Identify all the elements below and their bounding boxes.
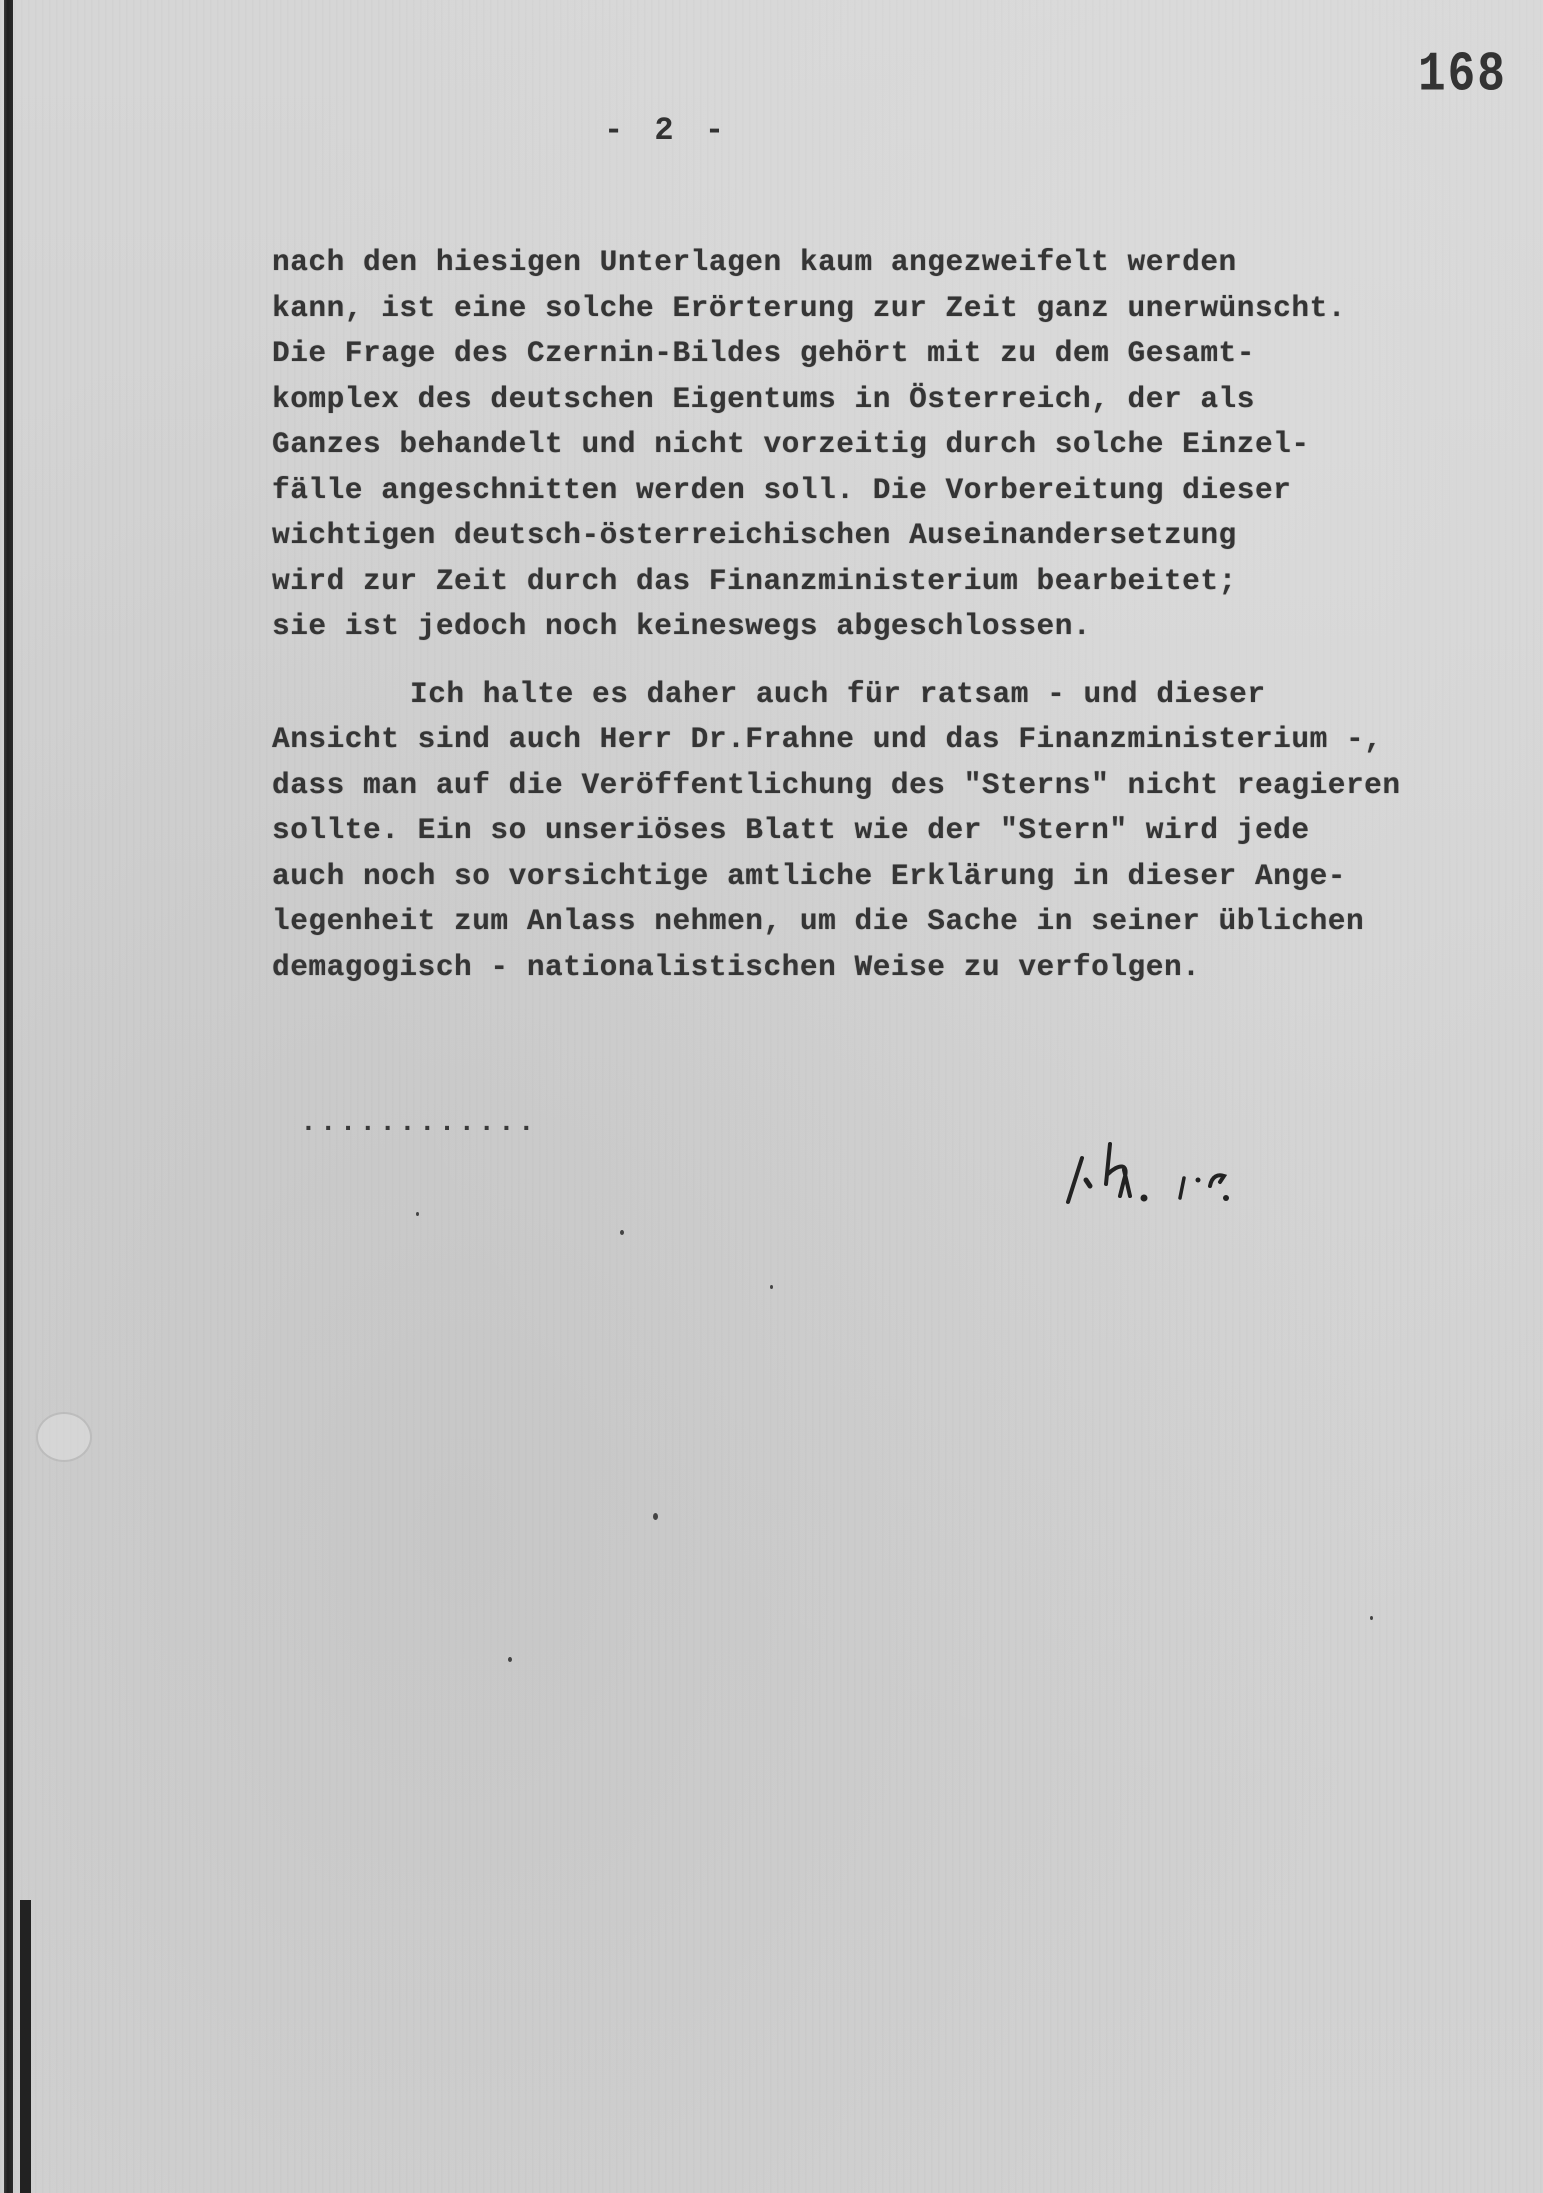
scan-speck: [416, 1212, 419, 1216]
text-line: fälle angeschnitten werden soll. Die Vor…: [272, 468, 1532, 514]
text-line: wichtigen deutsch-österreichischen Ausei…: [272, 513, 1532, 559]
text-line: Die Frage des Czernin-Bildes gehört mit …: [272, 331, 1532, 377]
scan-speck: [653, 1513, 658, 1520]
text-line: sollte. Ein so unseriöses Blatt wie der …: [272, 808, 1532, 854]
punch-hole-mark: [36, 1412, 92, 1462]
text-line: Ganzes behandelt und nicht vorzeitig dur…: [272, 422, 1532, 468]
text-line: wird zur Zeit durch das Finanzministeriu…: [272, 559, 1532, 605]
text-line: sie ist jedoch noch keineswegs abgeschlo…: [272, 604, 1532, 650]
text-line: kann, ist eine solche Erörterung zur Zei…: [272, 286, 1532, 332]
text-line: dass man auf die Veröffentlichung des "S…: [272, 763, 1532, 809]
archive-stamp-number: 168: [1418, 44, 1507, 106]
scan-speck: [1370, 1616, 1373, 1620]
text-line: demagogisch - nationalistischen Weise zu…: [272, 945, 1532, 991]
text-line: legenheit zum Anlass nehmen, um die Sach…: [272, 899, 1532, 945]
paragraph-1: nach den hiesigen Unterlagen kaum angezw…: [272, 240, 1532, 650]
handwritten-initials-signature: v.K. i.S.: [1060, 1140, 1380, 1220]
scan-speck: [508, 1657, 512, 1662]
text-line: Ansicht sind auch Herr Dr.Frahne und das…: [272, 717, 1532, 763]
text-line: auch noch so vorsichtige amtliche Erklär…: [272, 854, 1532, 900]
scanned-document-page: 168 - 2 - nach den hiesigen Unterlagen k…: [0, 0, 1543, 2193]
document-body: nach den hiesigen Unterlagen kaum angezw…: [272, 240, 1532, 990]
paragraph-gap: [272, 650, 1532, 672]
scan-speck: [770, 1285, 773, 1289]
binding-edge-lower: [20, 1900, 31, 2193]
scan-speck: [620, 1230, 624, 1235]
binding-edge: [4, 0, 13, 2193]
omission-dots: ............: [300, 1108, 538, 1139]
page-number: - 2 -: [604, 112, 730, 149]
text-line: nach den hiesigen Unterlagen kaum angezw…: [272, 240, 1532, 286]
text-line: Ich halte es daher auch für ratsam - und…: [272, 672, 1532, 718]
text-line: komplex des deutschen Eigentums in Öster…: [272, 377, 1532, 423]
paragraph-2: Ich halte es daher auch für ratsam - und…: [272, 672, 1532, 991]
